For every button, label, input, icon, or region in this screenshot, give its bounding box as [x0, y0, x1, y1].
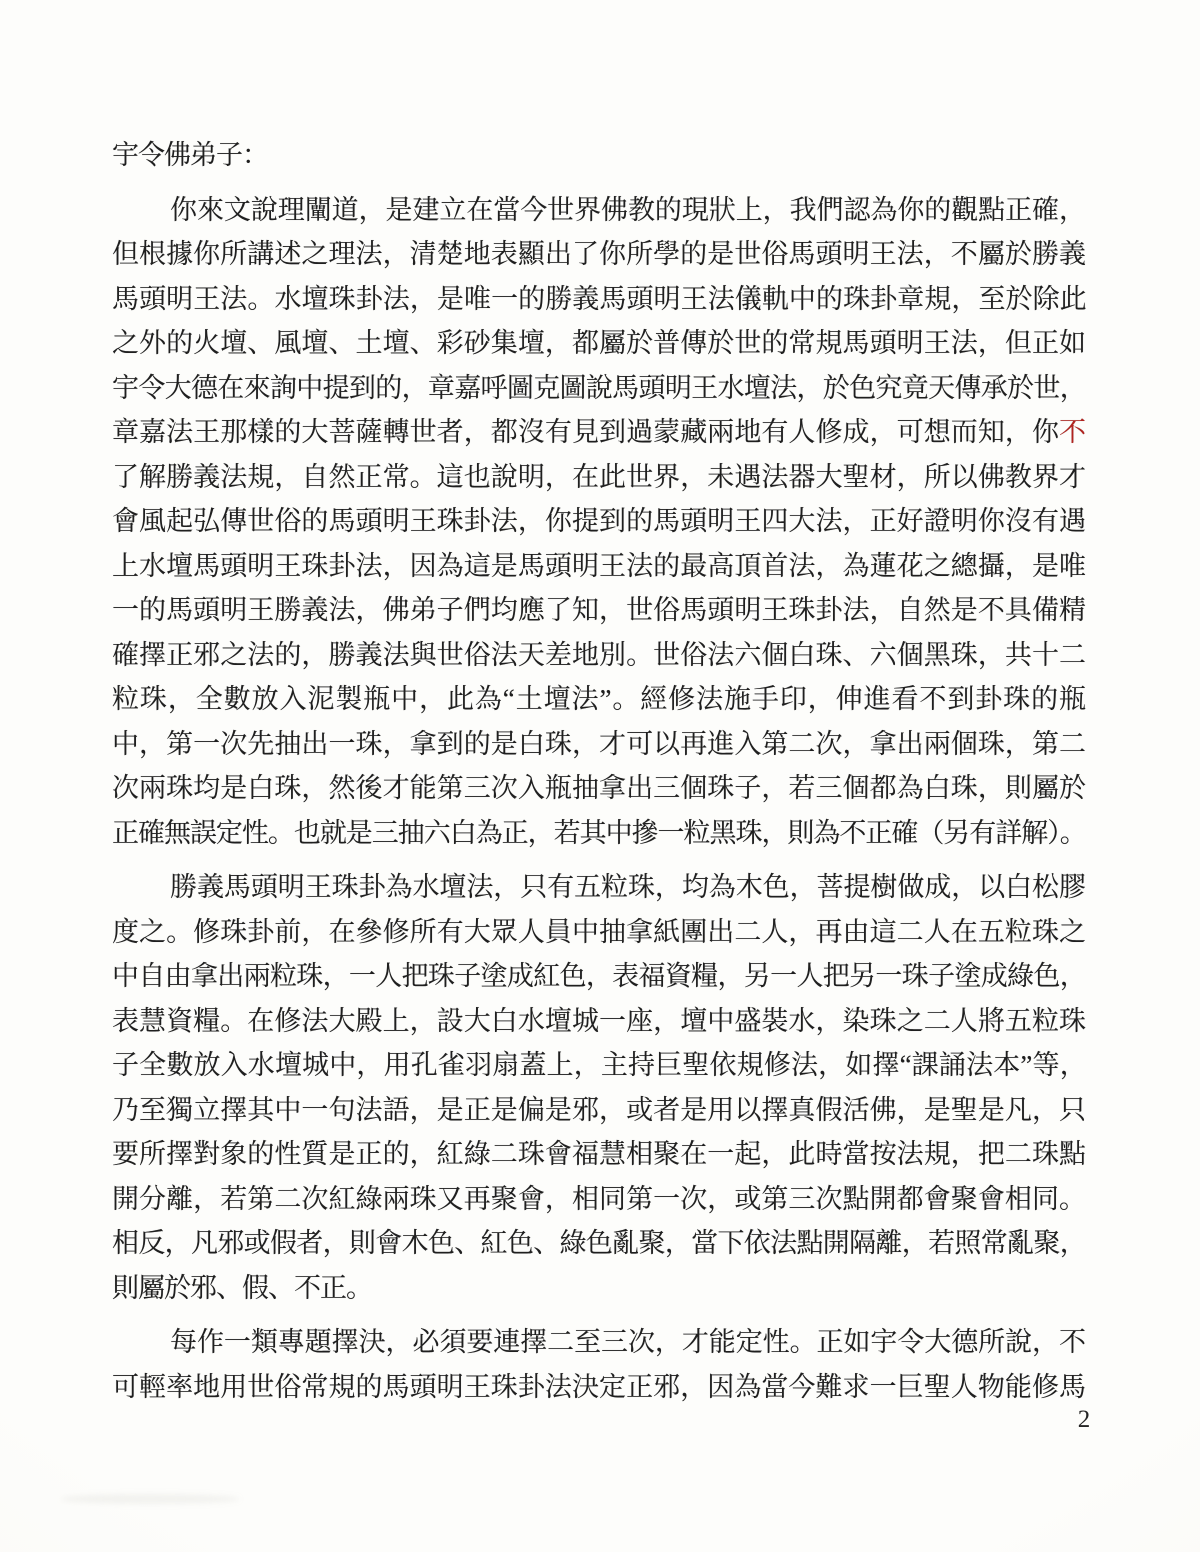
text-line: 則屬於邪、假、不正。 — [112, 1266, 1085, 1311]
text-line: 中，第一次先抽出一珠，拿到的是白珠，才可以再進入第二次，拿出兩個珠，第二 — [112, 722, 1085, 767]
text-line: 了解勝義法規，自然正常。這也說明，在此世界，未遇法器大聖材，所以佛教界才 — [112, 455, 1085, 500]
document-page: 宇令佛弟子： 你來文說理闡道，是建立在當今世界佛教的現狀上，我們認為你的觀點正確… — [0, 0, 1200, 1552]
text-line: 你來文說理闡道，是建立在當今世界佛教的現狀上，我們認為你的觀點正確， — [112, 188, 1085, 233]
highlighted-character: 不 — [1059, 417, 1085, 447]
text-line: 粒珠，全數放入泥製瓶中，此為“土壇法”。經修法施手印，伸進看不到卦珠的瓶 — [112, 677, 1085, 722]
text-line: 中自由拿出兩粒珠，一人把珠子塗成紅色，表福資糧，另一人把另一珠子塗成綠色， — [112, 954, 1085, 999]
document-body: 宇令佛弟子： 你來文說理闡道，是建立在當今世界佛教的現狀上，我們認為你的觀點正確… — [112, 133, 1085, 1409]
text-line: 度之。修珠卦前，在參修所有大眾人員中抽拿紙團出二人，再由這二人在五粒珠之 — [112, 910, 1085, 955]
paragraph-1: 你來文說理闡道，是建立在當今世界佛教的現狀上，我們認為你的觀點正確， 但根據你所… — [112, 188, 1085, 856]
paragraph-2: 勝義馬頭明王珠卦為水壇法，只有五粒珠，均為木色，菩提樹做成，以白松膠 度之。修珠… — [112, 865, 1085, 1310]
text-line: 會風起弘傳世俗的馬頭明王珠卦法，你提到的馬頭明王四大法，正好證明你沒有遇 — [112, 499, 1085, 544]
text-line: 開分離，若第二次紅綠兩珠又再聚會，相同第一次，或第三次點開都會聚會相同。 — [112, 1177, 1085, 1222]
text-line: 一的馬頭明王勝義法，佛弟子們均應了知，世俗馬頭明王珠卦法，自然是不具備精 — [112, 588, 1085, 633]
salutation: 宇令佛弟子： — [112, 133, 1085, 178]
text-line: 但根據你所講述之理法，清楚地表顯出了你所學的是世俗馬頭明王法，不屬於勝義 — [112, 232, 1085, 277]
text-line: 要所擇對象的性質是正的，紅綠二珠會福慧相聚在一起，此時當按法規，把二珠點 — [112, 1132, 1085, 1177]
text-line: 乃至獨立擇其中一句法語，是正是偏是邪，或者是用以擇真假活佛，是聖是凡，只 — [112, 1088, 1085, 1133]
text-line: 次兩珠均是白珠，然後才能第三次入瓶抽拿出三個珠子，若三個都為白珠，則屬於 — [112, 766, 1085, 811]
text-line: 子全數放入水壇城中，用孔雀羽扇蓋上，主持巨聖依規修法，如擇“課誦法本”等， — [112, 1043, 1085, 1088]
paragraph-3: 每作一類專題擇決，必須要連擇二至三次，才能定性。正如宇令大德所說，不 可輕率地用… — [112, 1320, 1085, 1409]
text-line: 可輕率地用世俗常規的馬頭明王珠卦法決定正邪，因為當今難求一巨聖人物能修馬 — [112, 1365, 1085, 1410]
text-line: 上水壇馬頭明王珠卦法，因為這是馬頭明王法的最高頂首法，為蓮花之總攝，是唯 — [112, 544, 1085, 589]
text-line: 相反，凡邪或假者，則會木色、紅色、綠色亂聚，當下依法點開隔離，若照常亂聚， — [112, 1221, 1085, 1266]
text-line: 正確無誤定性。也就是三抽六白為正，若其中摻一粒黑珠，則為不正確（另有詳解）。 — [112, 811, 1085, 856]
page-number: 2 — [1068, 1406, 1100, 1434]
text-line: 每作一類專題擇決，必須要連擇二至三次，才能定性。正如宇令大德所說，不 — [112, 1320, 1085, 1365]
text-line: 馬頭明王法。水壇珠卦法，是唯一的勝義馬頭明王法儀軌中的珠卦章規，至於除此 — [112, 277, 1085, 322]
text-line: 之外的火壇、風壇、土壇、彩砂集壇，都屬於普傳於世的常規馬頭明王法，但正如 — [112, 321, 1085, 366]
text-line: 表慧資糧。在修法大殿上，設大白水壇城一座，壇中盛裝水，染珠之二人將五粒珠 — [112, 999, 1085, 1044]
text-segment: 章嘉法王那樣的大菩薩轉世者，都沒有見到過蒙藏兩地有人修成，可想而知，你 — [112, 417, 1059, 447]
text-line: 章嘉法王那樣的大菩薩轉世者，都沒有見到過蒙藏兩地有人修成，可想而知，你不 — [112, 410, 1085, 455]
scan-smudge — [60, 1494, 240, 1504]
text-line: 勝義馬頭明王珠卦為水壇法，只有五粒珠，均為木色，菩提樹做成，以白松膠 — [112, 865, 1085, 910]
text-line: 確擇正邪之法的，勝義法與世俗法天差地別。世俗法六個白珠、六個黑珠，共十二 — [112, 633, 1085, 678]
text-line: 宇令大德在來詢中提到的，章嘉呼圖克圖說馬頭明王水壇法，於色究竟天傳承於世， — [112, 366, 1085, 411]
